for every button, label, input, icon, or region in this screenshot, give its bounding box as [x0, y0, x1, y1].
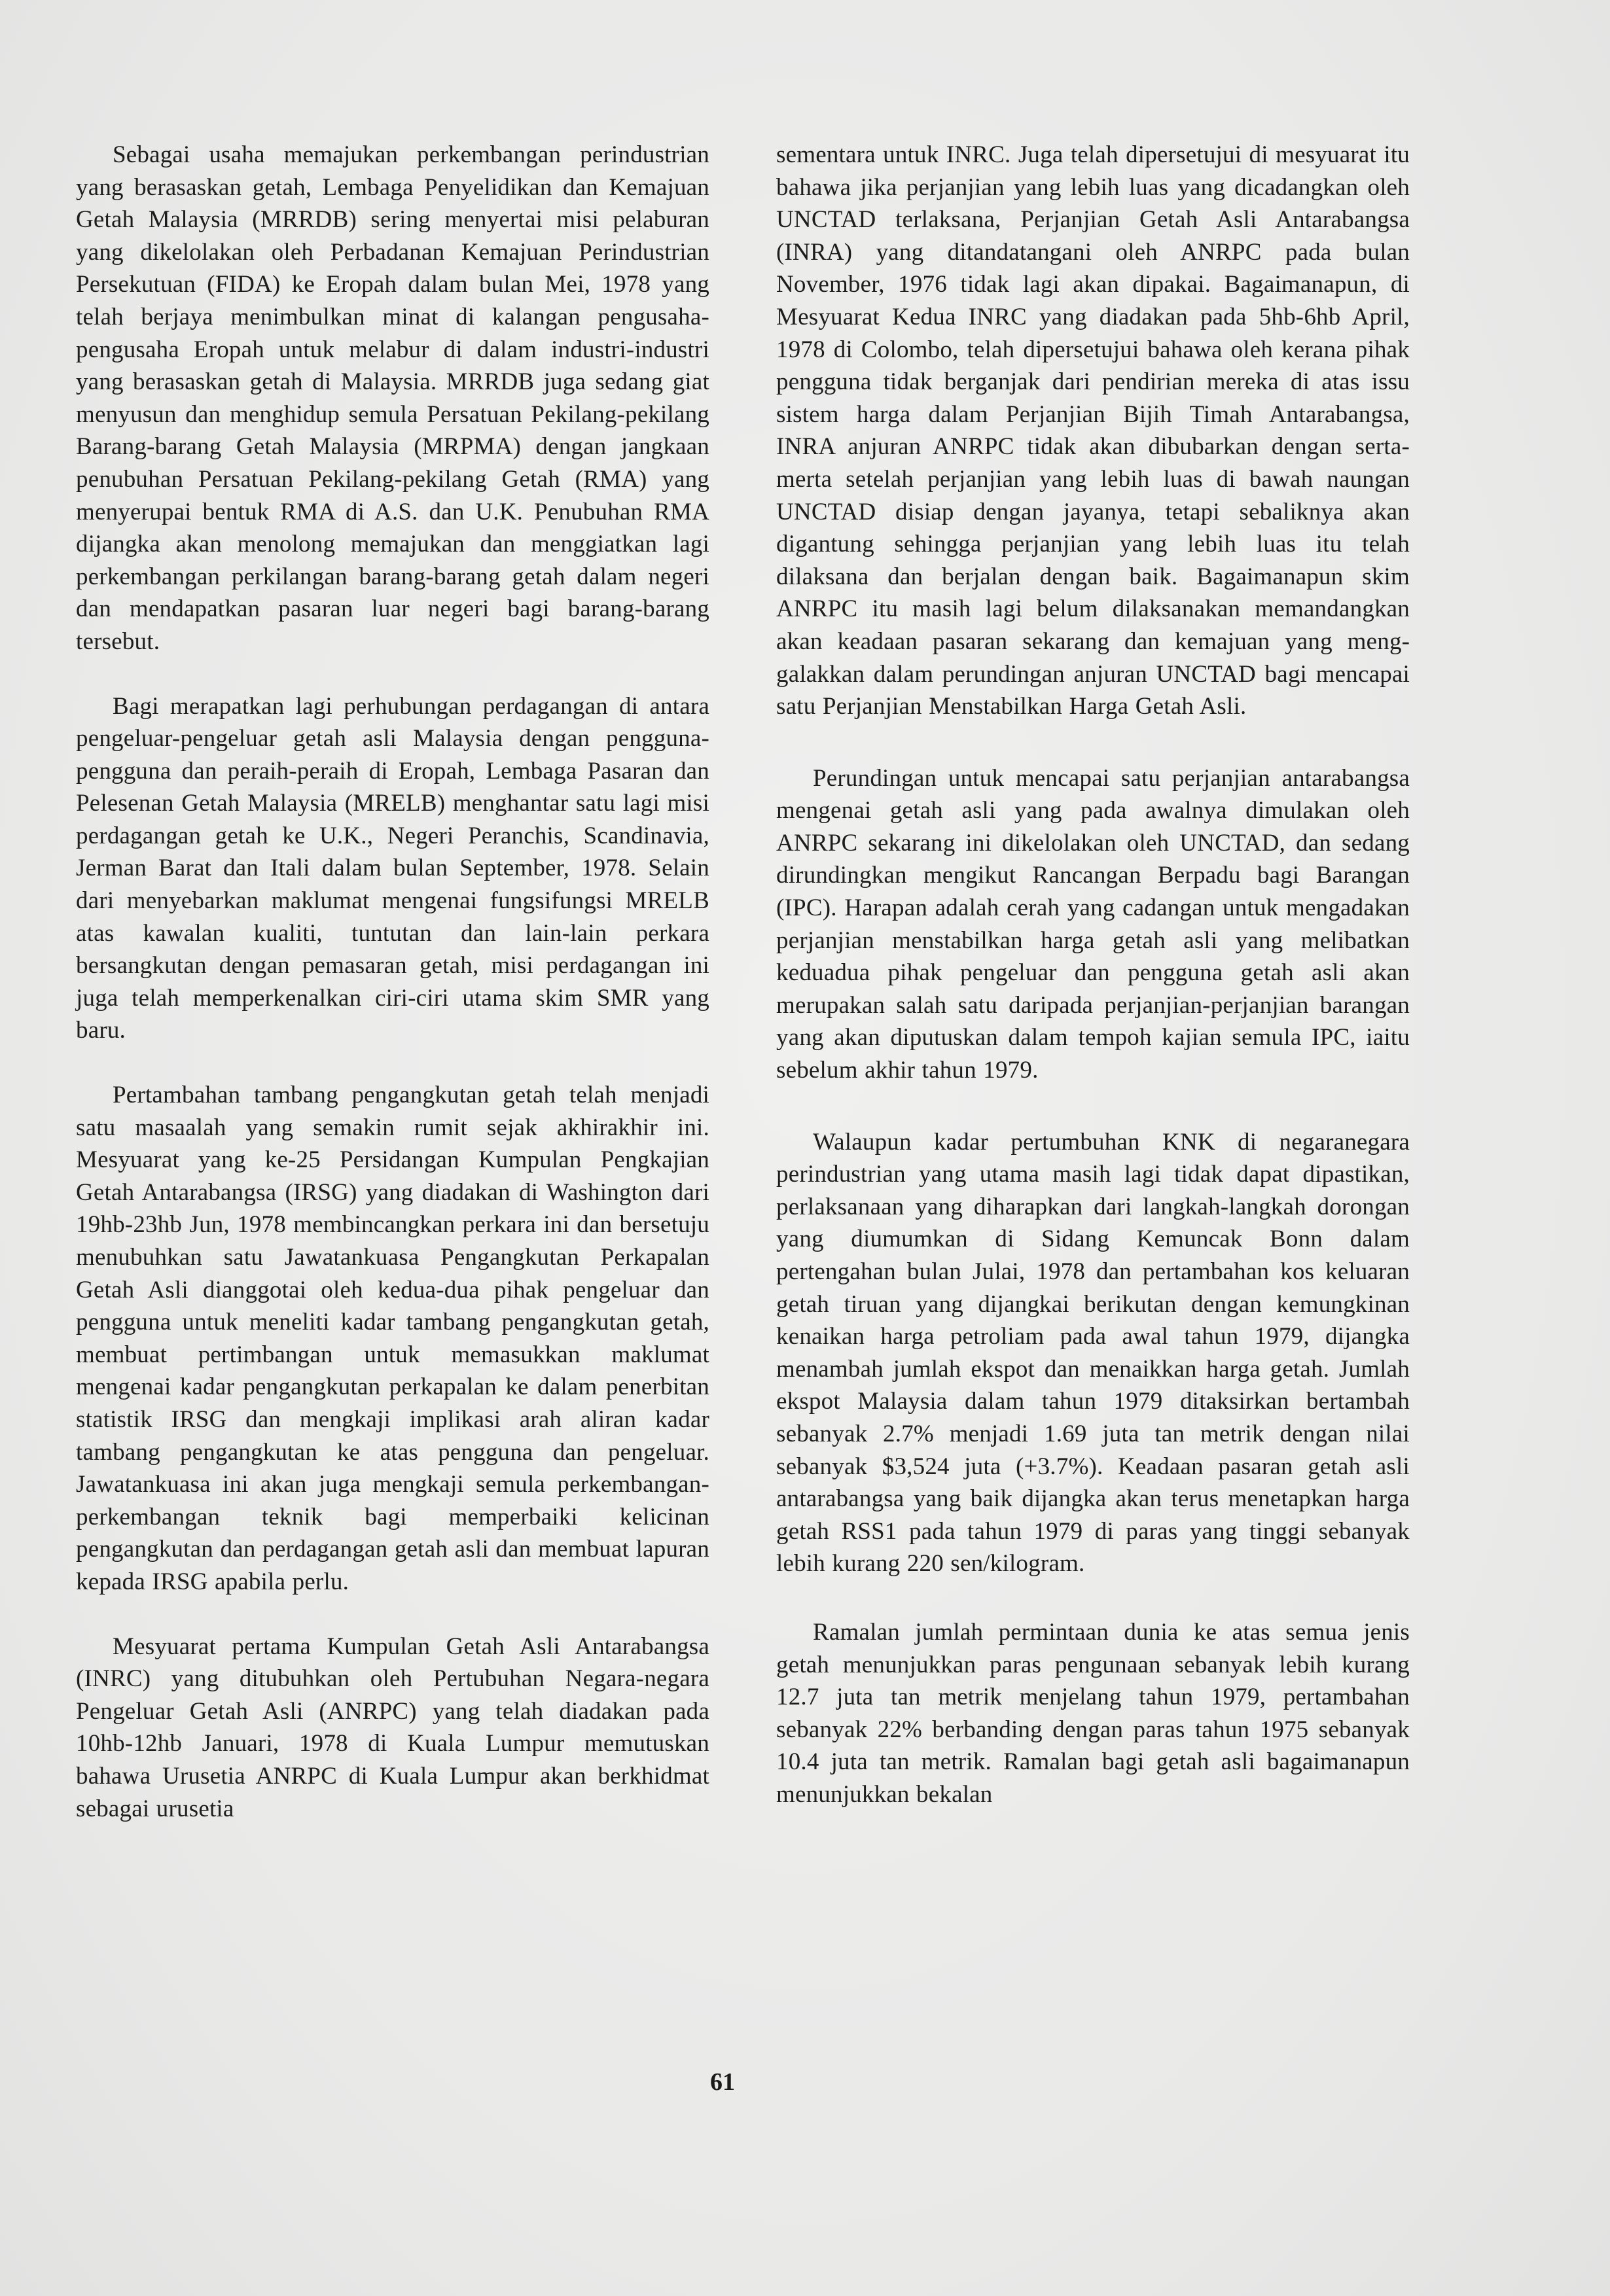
left-column: Sebagai usaha memajukan perkembangan per…: [76, 139, 709, 1858]
paragraph-world-demand-forecast: Ramalan jumlah permintaan dunia ke atas …: [776, 1616, 1410, 1811]
document-page: Sebagai usaha memajukan perkembangan per…: [0, 0, 1610, 2296]
right-column: sementara untuk INRC. Juga telah diperse…: [776, 139, 1410, 1844]
paragraph-inrc-first-meeting: Mesyuarat pertama Kumpulan Getah Asli An…: [76, 1631, 709, 1826]
paragraph-inrc-continuation: sementara untuk INRC. Juga telah diperse…: [776, 139, 1410, 723]
paragraph-mrelb-trade-mission: Bagi merapatkan lagi perhubungan perdaga…: [76, 690, 709, 1048]
paragraph-unctad-negotiations: Perundingan untuk mencapai satu perjanji…: [776, 762, 1410, 1087]
paragraph-freight-rates-irsg: Pertambahan tambang pengangkutan getah t…: [76, 1079, 709, 1598]
page-number: 61: [710, 2068, 735, 2096]
paragraph-export-outlook-1979: Walaupun kadar pertumbuhan KNK di negara…: [776, 1126, 1410, 1580]
paragraph-mrrdb-investment-mission: Sebagai usaha memajukan perkembangan per…: [76, 139, 709, 658]
